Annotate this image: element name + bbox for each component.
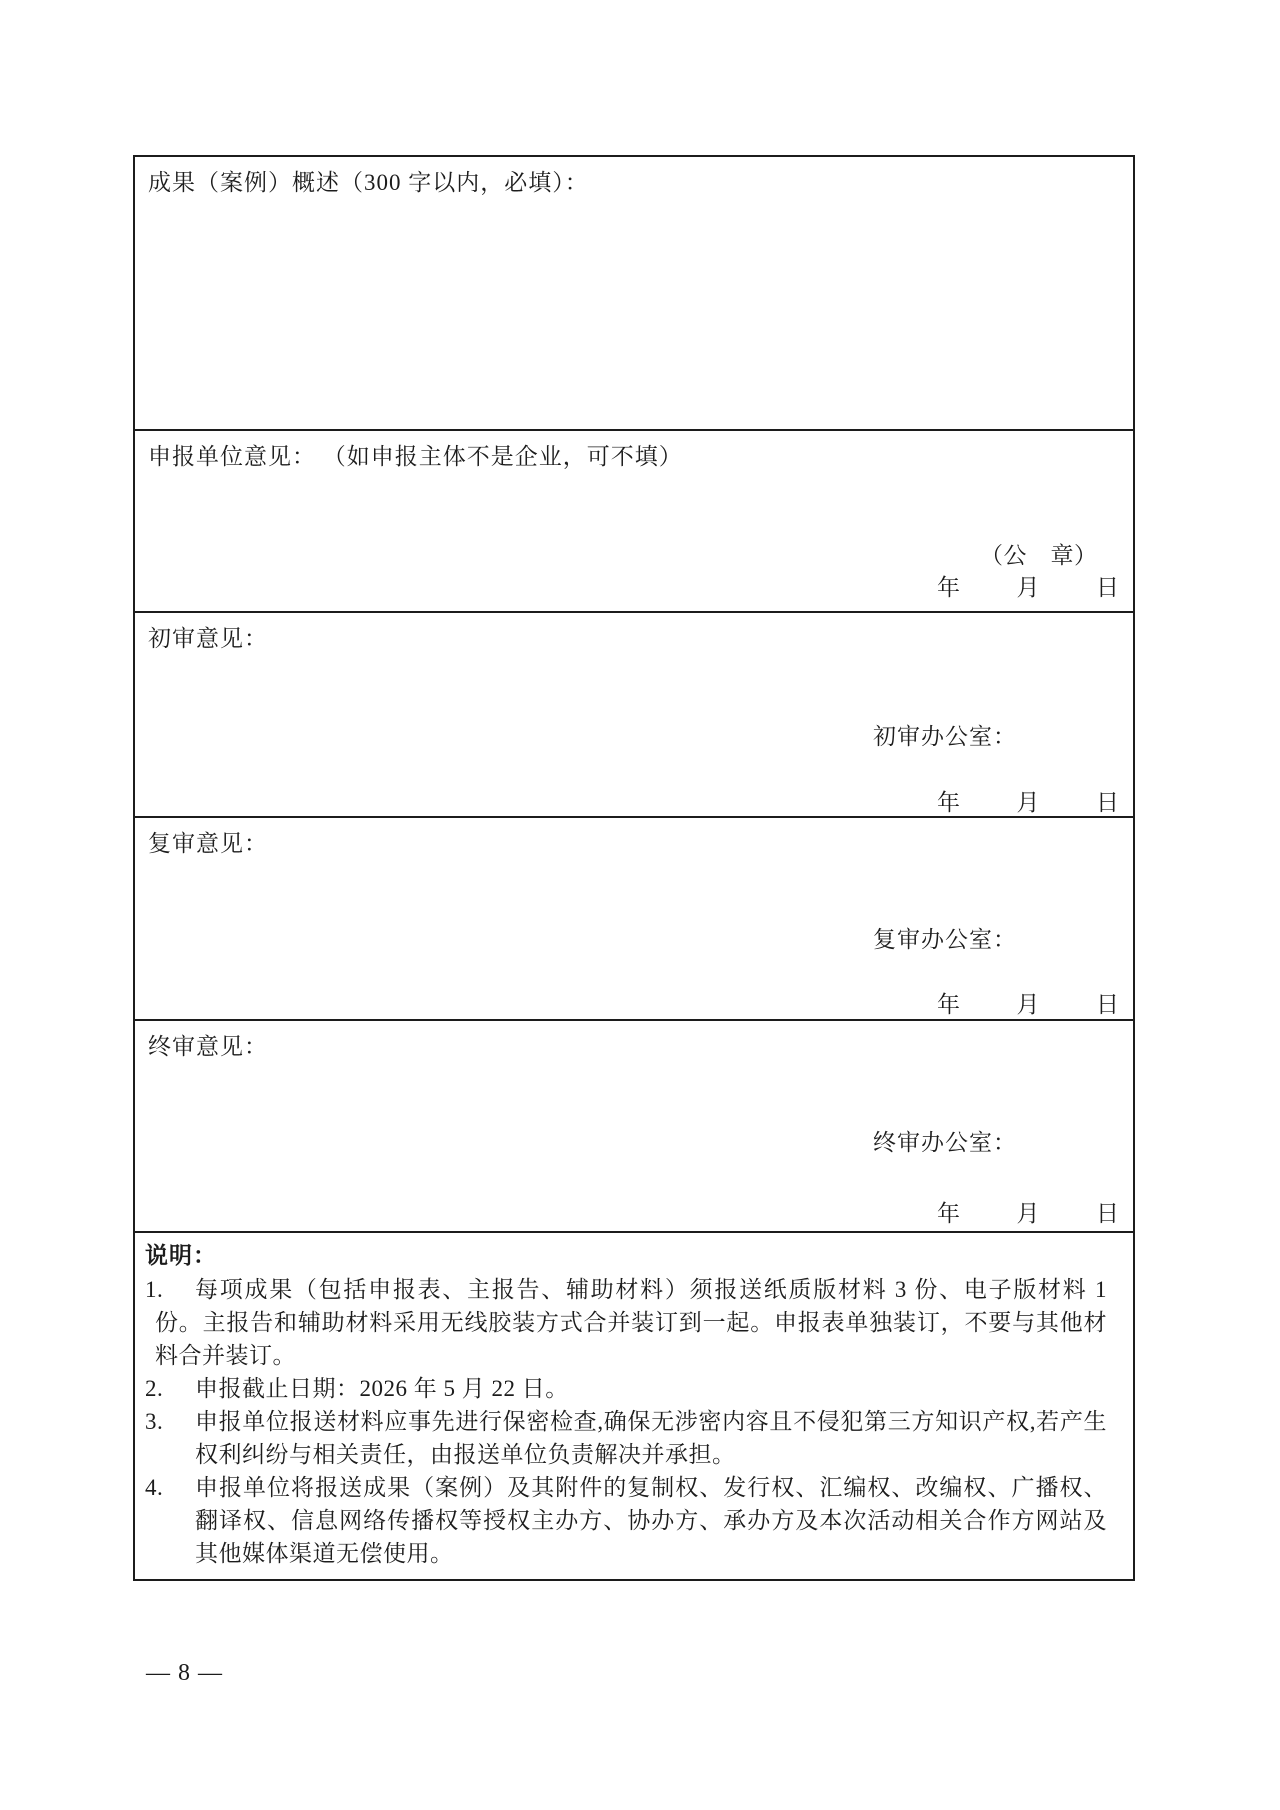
year-label: 年 — [937, 986, 960, 1019]
year-label: 年 — [937, 569, 960, 602]
note-item-text: 每项成果（包括申报表、主报告、辅助材料）须报送纸质版材料 3 份、电子版材料 1… — [155, 1273, 1107, 1372]
day-label: 日 — [1096, 1195, 1119, 1228]
final-review-label: 终审意见： — [148, 1028, 268, 1061]
page-number: — 8 — — [146, 1660, 223, 1687]
note-item-text: 申报单位报送材料应事先进行保密检查,确保无涉密内容且不侵犯第三方知识产权,若产生… — [195, 1405, 1107, 1471]
second-review-dateline: 年 月 日 — [937, 986, 1119, 1019]
official-seal-placeholder: （公 章） — [980, 537, 1098, 570]
year-label: 年 — [937, 784, 960, 817]
second-review-office-label: 复审办公室： — [873, 921, 1017, 954]
final-review-section: 终审意见： 终审办公室： 年 月 日 — [135, 1019, 1133, 1231]
first-review-dateline: 年 月 日 — [937, 784, 1119, 817]
final-review-office-label: 终审办公室： — [873, 1124, 1017, 1157]
note-item-4: 4. 申报单位将报送成果（案例）及其附件的复制权、发行权、汇编权、改编权、广播权… — [145, 1471, 1107, 1570]
month-label: 月 — [1017, 1195, 1040, 1228]
month-label: 月 — [1017, 569, 1040, 602]
final-review-dateline: 年 月 日 — [937, 1195, 1119, 1228]
overview-section: 成果（案例）概述（300 字以内，必填）： — [135, 157, 1133, 429]
note-item-number: 4. — [145, 1471, 163, 1504]
first-review-label: 初审意见： — [148, 620, 268, 653]
note-item-text: 申报截止日期：2026 年 5 月 22 日。 — [195, 1372, 1107, 1405]
second-review-section: 复审意见： 复审办公室： 年 月 日 — [135, 816, 1133, 1019]
day-label: 日 — [1096, 569, 1119, 602]
note-item-2: 2. 申报截止日期：2026 年 5 月 22 日。 — [145, 1372, 1107, 1405]
day-label: 日 — [1096, 784, 1119, 817]
overview-label: 成果（案例）概述（300 字以内，必填）： — [148, 164, 589, 197]
unit-opinion-label: 申报单位意见： （如申报主体不是企业，可不填） — [148, 438, 683, 471]
application-form-table: 成果（案例）概述（300 字以内，必填）： 申报单位意见： （如申报主体不是企业… — [133, 155, 1135, 1581]
second-review-label: 复审意见： — [148, 825, 268, 858]
note-item-text: 申报单位将报送成果（案例）及其附件的复制权、发行权、汇编权、改编权、广播权、翻译… — [195, 1471, 1107, 1570]
unit-opinion-section: 申报单位意见： （如申报主体不是企业，可不填） （公 章） 年 月 日 — [135, 429, 1133, 611]
note-item-number: 1. — [145, 1273, 163, 1306]
month-label: 月 — [1017, 986, 1040, 1019]
notes-section: 说明： 1. 每项成果（包括申报表、主报告、辅助材料）须报送纸质版材料 3 份、… — [135, 1231, 1133, 1579]
note-item-3: 3. 申报单位报送材料应事先进行保密检查,确保无涉密内容且不侵犯第三方知识产权,… — [145, 1405, 1107, 1471]
day-label: 日 — [1096, 986, 1119, 1019]
year-label: 年 — [937, 1195, 960, 1228]
first-review-section: 初审意见： 初审办公室： 年 月 日 — [135, 611, 1133, 816]
unit-opinion-dateline: 年 月 日 — [937, 569, 1119, 602]
document-page: 成果（案例）概述（300 字以内，必填）： 申报单位意见： （如申报主体不是企业… — [0, 0, 1280, 1810]
note-item-number: 3. — [145, 1405, 163, 1438]
note-item-1: 1. 每项成果（包括申报表、主报告、辅助材料）须报送纸质版材料 3 份、电子版材… — [145, 1273, 1107, 1372]
month-label: 月 — [1017, 784, 1040, 817]
first-review-office-label: 初审办公室： — [873, 718, 1017, 751]
notes-title: 说明： — [145, 1239, 1107, 1273]
note-item-number: 2. — [145, 1372, 163, 1405]
